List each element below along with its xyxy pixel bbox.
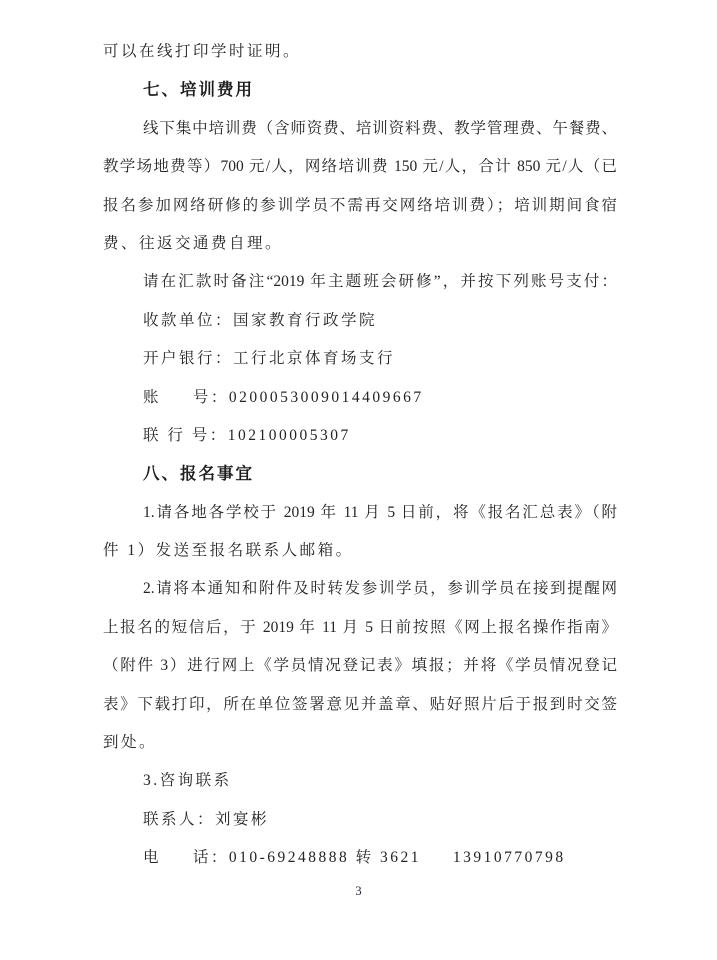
payee-name-line: 收款单位：国家教育行政学院 — [103, 302, 617, 340]
bank-name-line: 开户银行：工行北京体育场支行 — [103, 340, 617, 378]
paragraph-line-fees-3: 报名参加网络研修的参训学员不需再交网络培训费）；培训期间食宿 — [103, 187, 617, 225]
paragraph-line-reg1-1: 1.请各地各学校于 2019 年 11 月 5 日前，将《报名汇总表》（附 — [103, 494, 617, 532]
contact-person-line: 联系人：刘宴彬 — [103, 801, 617, 839]
paragraph-line-reg2-2: 上报名的短信后，于 2019 年 11 月 5 日前按照《网上报名操作指南》 — [103, 609, 617, 647]
paragraph-line-fees-2: 教学场地费等）700 元/人，网络培训费 150 元/人，合计 850 元/人（… — [103, 148, 617, 186]
paragraph-line-reg2-4: 表》下载打印，所在单位签署意见并盖章、贴好照片后于报到时交签 — [103, 686, 617, 724]
paragraph-line-reg2-3: （附件 3）进行网上《学员情况登记表》填报；并将《学员情况登记 — [103, 647, 617, 685]
document-page: 可以在线打印学时证明。 七、培训费用 线下集中培训费（含师资费、培训资料费、教学… — [0, 0, 717, 960]
paragraph-line-reg2-1: 2.请将本通知和附件及时转发参训学员，参训学员在接到提醒网 — [103, 570, 617, 608]
document-content: 可以在线打印学时证明。 七、培训费用 线下集中培训费（含师资费、培训资料费、教学… — [103, 33, 617, 878]
bank-branch-code-line: 联 行 号：102100005307 — [103, 417, 617, 455]
paragraph-line-reg1-2: 件 1）发送至报名联系人邮箱。 — [103, 532, 617, 570]
paragraph-line-print-proof: 可以在线打印学时证明。 — [103, 33, 617, 71]
section-heading-registration: 八、报名事宜 — [103, 455, 617, 493]
page-number: 3 — [0, 884, 717, 899]
section-heading-training-fees: 七、培训费用 — [103, 71, 617, 109]
paragraph-line-fees-4: 费、往返交通费自理。 — [103, 225, 617, 263]
account-number-line: 账 号：0200053009014409667 — [103, 379, 617, 417]
contact-section-line: 3.咨询联系 — [103, 762, 617, 800]
remittance-note-line: 请在汇款时备注“2019 年主题班会研修”，并按下列账号支付： — [103, 263, 617, 301]
paragraph-line-reg2-5: 到处。 — [103, 724, 617, 762]
paragraph-line-fees-1: 线下集中培训费（含师资费、培训资料费、教学管理费、午餐费、 — [103, 110, 617, 148]
contact-phone-line: 电 话：010-69248888 转 3621 13910770798 — [103, 839, 617, 877]
